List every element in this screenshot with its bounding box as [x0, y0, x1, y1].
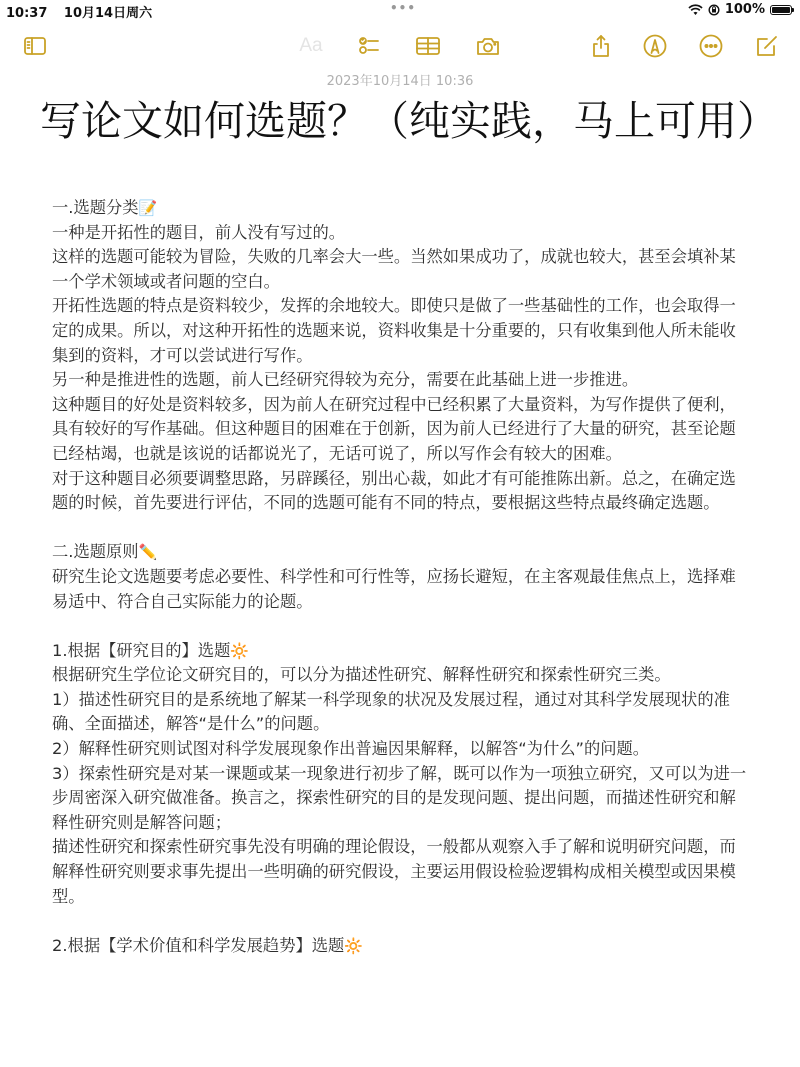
- line-text: 一.选题分类: [52, 198, 139, 217]
- blank-line: [52, 614, 752, 639]
- multitasking-dots[interactable]: •••: [390, 1, 416, 15]
- emoji-icon: 📝: [139, 199, 158, 217]
- section-heading: 一.选题分类📝: [52, 196, 752, 221]
- share-icon: [588, 33, 614, 59]
- line-text: 1.根据【研究目的】选题: [52, 641, 230, 660]
- camera-icon: [475, 33, 501, 59]
- note-paragraph: 另一种是推进性的选题，前人已经研究得较为充分，需要在此基础上进一步推进。: [52, 368, 752, 393]
- format-label: Aa: [299, 35, 322, 57]
- note-paragraph: 对于这种题目必须要调整思路，另辟蹊径，别出心裁，如此才有可能推陈出新。总之，在确…: [52, 467, 752, 516]
- note-timestamp: 2023年10月14日 10:36: [0, 70, 800, 89]
- wifi-icon: [688, 4, 703, 16]
- note-paragraph: 描述性研究和探索性研究事先没有明确的理论假设，一般都从观察入手了解和说明研究问题…: [52, 835, 752, 909]
- status-bar: 10:37 10月14日周六 ••• 100%: [0, 0, 800, 22]
- notes-toolbar: Aa: [0, 28, 800, 64]
- line-text: 3）探索性研究是对某一课题或某一现象进行初步了解，既可以作为一项独立研究，又可以…: [52, 764, 746, 832]
- line-text: 研究生论文选题要考虑必要性、科学性和可行性等，应扬长避短，在主客观最佳焦点上，选…: [52, 567, 736, 611]
- note-paragraph: 一种是开拓性的题目，前人没有写过的。: [52, 221, 752, 246]
- status-time: 10:37: [6, 6, 47, 21]
- note-paragraph: 根据研究生学位论文研究目的，可以分为描述性研究、解释性研究和探索性研究三类。: [52, 663, 752, 688]
- checklist-button[interactable]: [354, 32, 384, 60]
- line-text: 另一种是推进性的选题，前人已经研究得较为充分，需要在此基础上进一步推进。: [52, 370, 638, 389]
- note-paragraph: 这种题目的好处是资料较多，因为前人在研究过程中已经积累了大量资料，为写作提供了便…: [52, 393, 752, 467]
- more-button[interactable]: [696, 32, 726, 60]
- compose-icon: [754, 33, 780, 59]
- line-text: 对于这种题目必须要调整思路，另辟蹊径，别出心裁，如此才有可能推陈出新。总之，在确…: [52, 469, 736, 513]
- section-heading: 1.根据【研究目的】选题🔆: [52, 639, 752, 664]
- emoji-icon: ✏️: [139, 543, 158, 561]
- battery-percent: 100%: [725, 2, 765, 17]
- sidebar-icon: [22, 33, 48, 59]
- blank-line: [52, 516, 752, 541]
- emoji-icon: 🔆: [344, 937, 363, 955]
- compose-button[interactable]: [752, 32, 782, 60]
- line-text: 二.选题原则: [52, 542, 139, 561]
- line-text: 这样的选题可能较为冒险，失败的几率会大一些。当然如果成功了，成就也较大，甚至会填…: [52, 247, 736, 291]
- status-right: 100%: [688, 2, 792, 17]
- line-text: 1）描述性研究目的是系统地了解某一科学现象的状况及发展过程，通过对其科学发展现状…: [52, 690, 730, 734]
- camera-button[interactable]: [473, 32, 503, 60]
- note-paragraph: 这样的选题可能较为冒险，失败的几率会大一些。当然如果成功了，成就也较大，甚至会填…: [52, 245, 752, 294]
- note-paragraph: 开拓性选题的特点是资料较少，发挥的余地较大。即使只是做了一些基础性的工作，也会取…: [52, 294, 752, 368]
- sidebar-toggle-button[interactable]: [20, 32, 50, 60]
- checklist-icon: [356, 33, 382, 59]
- line-text: 2.根据【学术价值和科学发展趋势】选题: [52, 936, 344, 955]
- markup-icon: [642, 33, 668, 59]
- blank-line: [52, 909, 752, 934]
- share-button[interactable]: [586, 32, 616, 60]
- note-title[interactable]: 写论文如何选题？（纯实践，马上可用）: [40, 96, 760, 146]
- note-body[interactable]: 一.选题分类📝一种是开拓性的题目，前人没有写过的。这样的选题可能较为冒险，失败的…: [52, 196, 752, 958]
- note-paragraph: 2）解释性研究则试图对科学发展现象作出普遍因果解释，以解答“为什么”的问题。: [52, 737, 752, 762]
- markup-button[interactable]: [640, 32, 670, 60]
- section-heading: 二.选题原则✏️: [52, 540, 752, 565]
- orientation-lock-icon: [708, 4, 720, 16]
- section-heading: 2.根据【学术价值和科学发展趋势】选题🔆: [52, 934, 752, 959]
- line-text: 2）解释性研究则试图对科学发展现象作出普遍因果解释，以解答“为什么”的问题。: [52, 739, 649, 758]
- line-text: 一种是开拓性的题目，前人没有写过的。: [52, 223, 345, 242]
- format-button[interactable]: Aa: [296, 32, 326, 60]
- note-paragraph: 1）描述性研究目的是系统地了解某一科学现象的状况及发展过程，通过对其科学发展现状…: [52, 688, 752, 737]
- table-icon: [415, 33, 441, 59]
- emoji-icon: 🔆: [230, 642, 249, 660]
- line-text: 这种题目的好处是资料较多，因为前人在研究过程中已经积累了大量资料，为写作提供了便…: [52, 395, 736, 463]
- battery-icon: [770, 5, 792, 15]
- status-left: 10:37 10月14日周六: [6, 2, 164, 21]
- note-paragraph: 3）探索性研究是对某一课题或某一现象进行初步了解，既可以作为一项独立研究，又可以…: [52, 762, 752, 836]
- line-text: 描述性研究和探索性研究事先没有明确的理论假设，一般都从观察入手了解和说明研究问题…: [52, 837, 736, 905]
- line-text: 开拓性选题的特点是资料较少，发挥的余地较大。即使只是做了一些基础性的工作，也会取…: [52, 296, 736, 364]
- line-text: 根据研究生学位论文研究目的，可以分为描述性研究、解释性研究和探索性研究三类。: [52, 665, 671, 684]
- table-button[interactable]: [413, 32, 443, 60]
- status-date: 10月14日周六: [64, 6, 152, 21]
- note-paragraph: 研究生论文选题要考虑必要性、科学性和可行性等，应扬长避短，在主客观最佳焦点上，选…: [52, 565, 752, 614]
- more-icon: [698, 33, 724, 59]
